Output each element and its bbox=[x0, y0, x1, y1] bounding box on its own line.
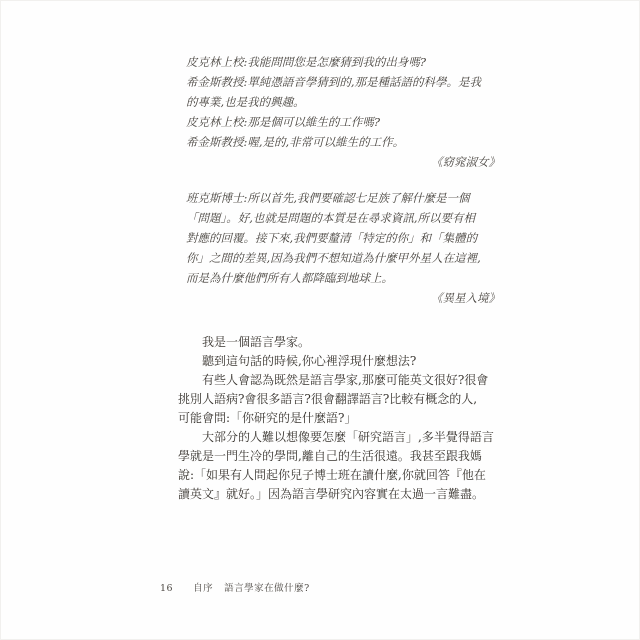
footer-page-number: 16 bbox=[160, 583, 173, 594]
text-line: 班克斯博士:所以首先,我們要確認七足族了解什麼是一個 bbox=[186, 188, 500, 208]
epigraph-attribution: 《窈窕淑女》 bbox=[186, 152, 500, 172]
body-text: 我是一個語言學家。聽到這句話的時候,你心裡浮現什麼想法?有些人會認為既然是語言學… bbox=[178, 333, 504, 504]
text-line: 聽到這句話的時候,你心裡浮現什麼想法? bbox=[178, 352, 504, 371]
text-line: 挑別人語病?會很多語言?很會翻譯語言?比較有概念的人, bbox=[178, 390, 504, 409]
footer-section-label: 自序 bbox=[193, 580, 213, 594]
epigraph-lines: 班克斯博士:所以首先,我們要確認七足族了解什麼是一個「問題」。好,也就是問題的本… bbox=[186, 188, 500, 288]
text-line: 有些人會認為既然是語言學家,那麼可能英文很好?很會 bbox=[178, 371, 504, 390]
text-line: 希金斯教授:喔,是的,非常可以維生的工作。 bbox=[186, 132, 500, 152]
epigraph-arrival: 班克斯博士:所以首先,我們要確認七足族了解什麼是一個「問題」。好,也就是問題的本… bbox=[186, 188, 500, 308]
epigraph-lines: 皮克林上校:我能問問您是怎麼猜到我的出身嗎?希金斯教授:單純憑語音學猜到的,那是… bbox=[186, 52, 500, 152]
text-line: 說:「如果有人問起你兒子博士班在讀什麼,你就回答『他在 bbox=[178, 466, 504, 485]
text-line: 你」之間的差異,因為我們不想知道為什麼甲外星人在這裡, bbox=[186, 248, 500, 268]
text-line: 皮克林上校:我能問問您是怎麼猜到我的出身嗎? bbox=[186, 52, 500, 72]
text-line: 對應的回覆。接下來,我們要釐清「特定的你」和「集體的 bbox=[186, 228, 500, 248]
text-line: 讀英文』就好。」因為語言學研究內容實在太過一言難盡。 bbox=[178, 485, 504, 504]
footer-chapter-title: 語言學家在做什麼? bbox=[224, 580, 310, 594]
text-line: 我是一個語言學家。 bbox=[178, 333, 504, 352]
text-line: 「問題」。好,也就是問題的本質是在尋求資訊,所以要有相 bbox=[186, 208, 500, 228]
text-line: 學就是一門生冷的學問,離自己的生活很遠。我甚至跟我媽 bbox=[178, 447, 504, 466]
text-line: 的專業,也是我的興趣。 bbox=[186, 92, 500, 112]
text-line: 皮克林上校:那是個可以維生的工作嗎? bbox=[186, 112, 500, 132]
text-line: 而是為什麼他們所有人都降臨到地球上。 bbox=[186, 268, 500, 288]
epigraph-my-fair-lady: 皮克林上校:我能問問您是怎麼猜到我的出身嗎?希金斯教授:單純憑語音學猜到的,那是… bbox=[186, 52, 500, 172]
book-page: 皮克林上校:我能問問您是怎麼猜到我的出身嗎?希金斯教授:單純憑語音學猜到的,那是… bbox=[0, 0, 640, 640]
page-footer: 16 自序 語言學家在做什麼? bbox=[160, 580, 310, 594]
text-line: 大部分的人難以想像要怎麼「研究語言」,多半覺得語言 bbox=[178, 428, 504, 447]
epigraph-attribution: 《異星入境》 bbox=[186, 288, 500, 308]
text-line: 希金斯教授:單純憑語音學猜到的,那是種話語的科學。是我 bbox=[186, 72, 500, 92]
text-line: 可能會問:「你研究的是什麼語?」 bbox=[178, 409, 504, 428]
